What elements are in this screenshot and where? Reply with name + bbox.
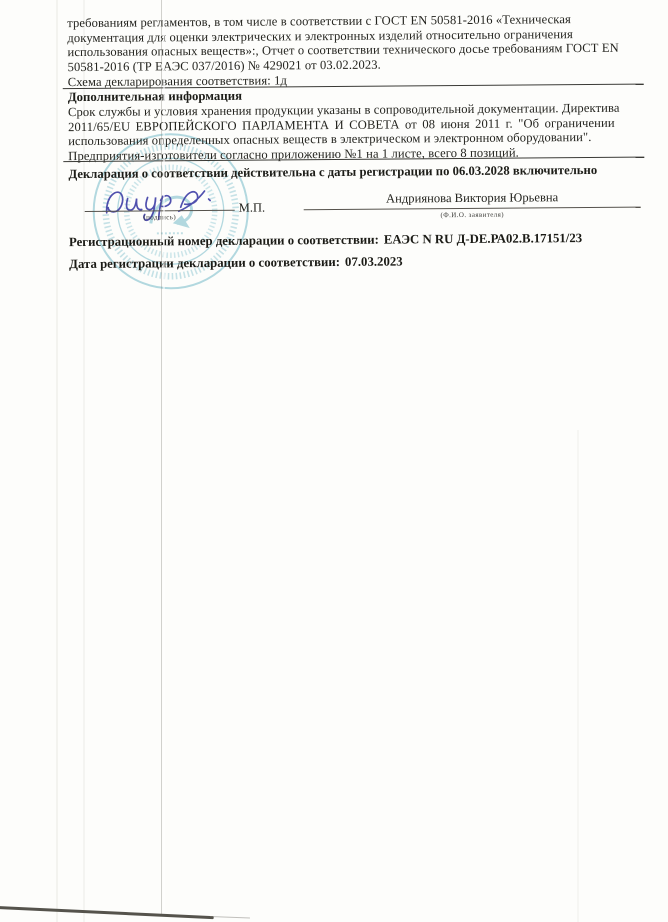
- registration-date-value: 07.03.2023: [340, 254, 403, 268]
- registration-number-value: ЕАЭС N RU Д-DE.РА02.В.17151/23: [379, 231, 582, 247]
- validity-statement: Декларация о соответствии действительна …: [68, 163, 597, 182]
- applicant-name: Андриянова Виктория Юрьевна: [304, 190, 641, 208]
- signature-caption: (подпись): [85, 213, 235, 222]
- registration-number-label: Регистрационный номер декларации о соотв…: [69, 233, 379, 249]
- paper-fold-crease-highlight: [163, 0, 165, 916]
- registration-date-label: Дата регистрации декларации о соответств…: [69, 255, 340, 271]
- page-bottom-edge: [0, 906, 214, 919]
- additional-info-paragraph: Срок службы и условия хранения продукции…: [68, 101, 620, 164]
- document-content: требованиям регламентов, в том числе в с…: [0, 0, 668, 403]
- additional-info-heading: Дополнительная информация: [68, 89, 242, 105]
- continued-requirements-paragraph: требованиям регламентов, в том числе в с…: [67, 12, 619, 90]
- applicant-caption: (Ф.И.О. заявителя): [304, 210, 641, 221]
- registration-number-line: Регистрационный номер декларации о соотв…: [69, 231, 582, 250]
- stamp-place-label: М.П.: [239, 201, 266, 216]
- scan-streak: [577, 430, 579, 922]
- page-bottom-edge-faint: [210, 916, 250, 919]
- registration-date-line: Дата регистрации декларации о соответств…: [69, 254, 403, 272]
- scanned-declaration-page: требованиям регламентов, в том числе в с…: [0, 0, 668, 922]
